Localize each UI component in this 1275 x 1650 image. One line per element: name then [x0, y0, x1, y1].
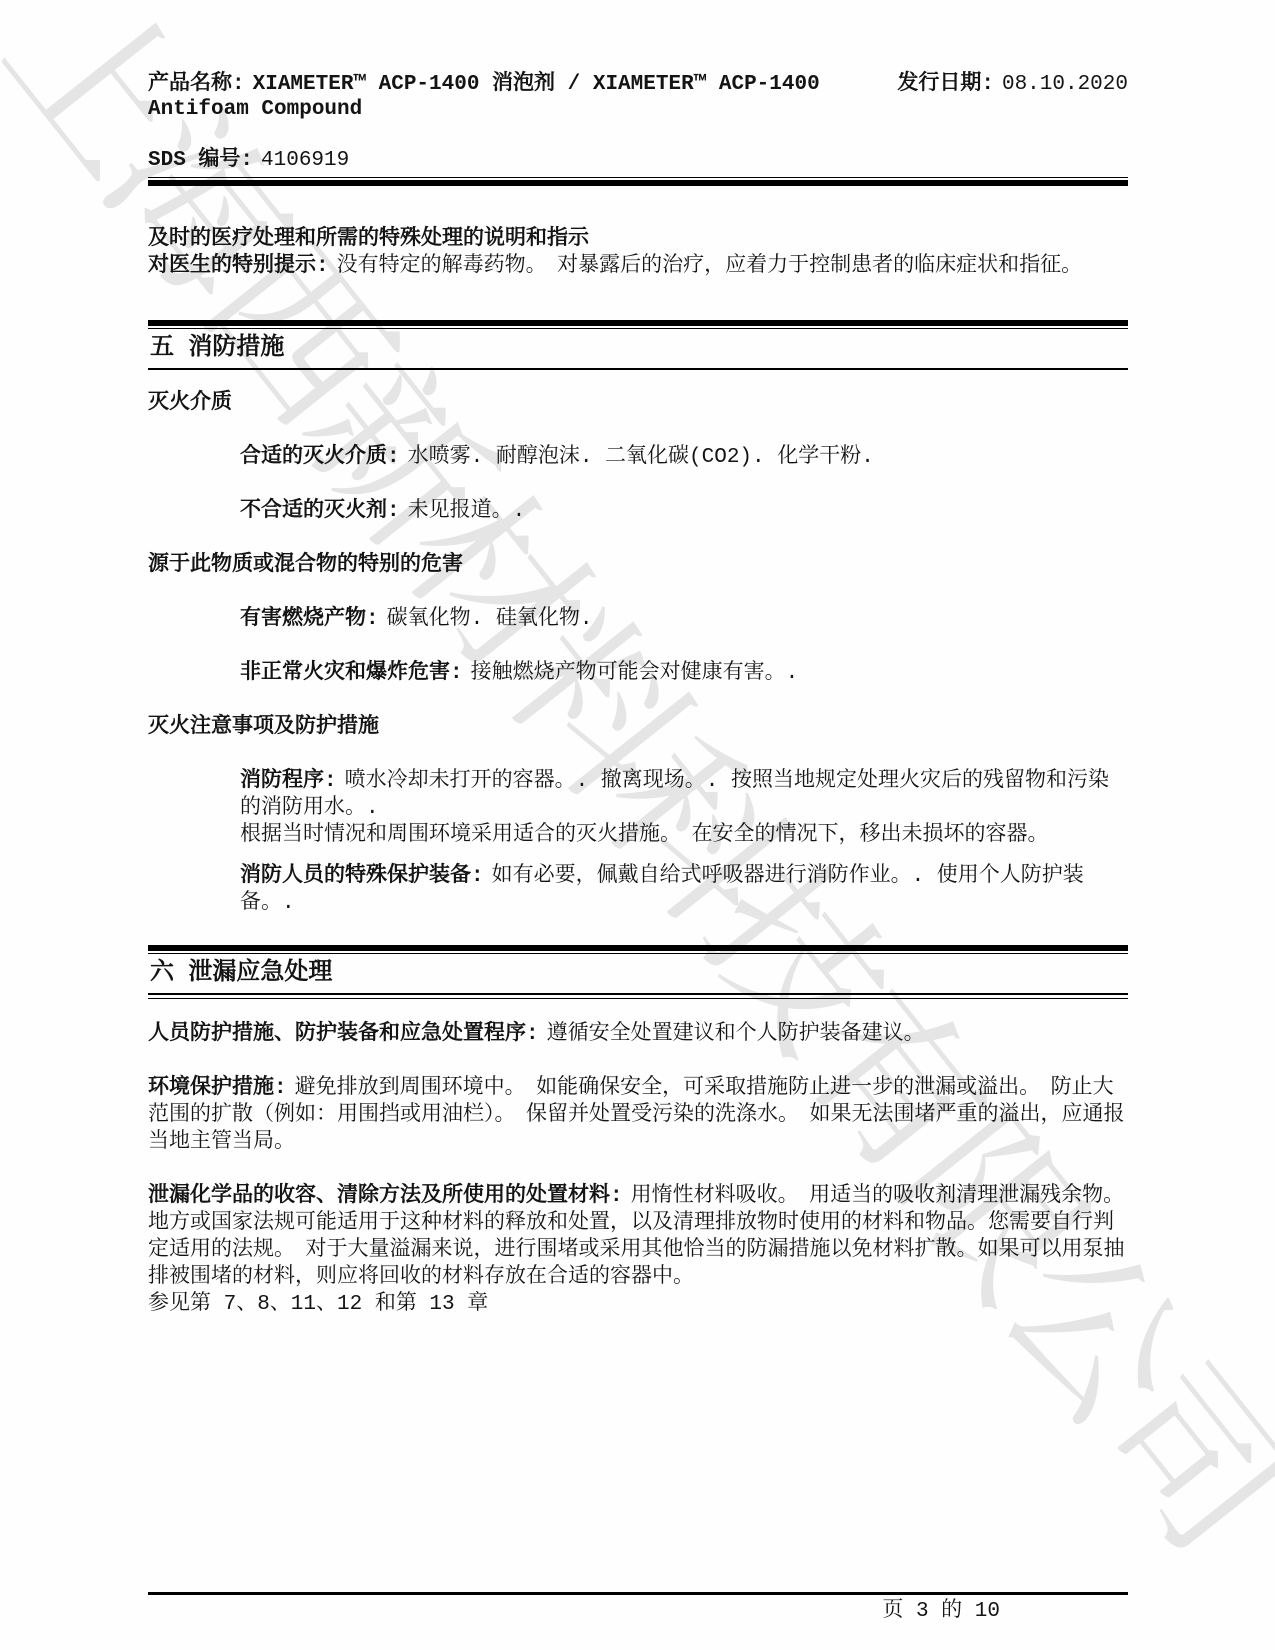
section-5-title: 五 消防措施 [148, 329, 1128, 368]
field-value: 避免排放到周围环境中。 如能确保安全，可采取措施防止进一步的泄漏或溢出。 防止大… [148, 1077, 1125, 1154]
field-personal-precautions: 人员防护措施、防护装备和应急处置程序:遵循安全处置建议和个人防护装备建议。 [148, 1021, 1128, 1048]
field-value: 遵循安全处置建议和个人防护装备建议。 [547, 1023, 925, 1046]
header-rule [148, 177, 1128, 186]
doctor-note-text: 没有特定的解毒药物。 对暴露后的治疗，应着力于控制患者的临床症状和指征。 [337, 255, 1083, 278]
issue-date-label: 发行日期: [897, 73, 994, 96]
product-name-value: XIAMETER™ ACP-1400 消泡剂 / XIAMETER™ ACP-1… [253, 73, 820, 96]
product-name-label: 产品名称: [148, 73, 245, 96]
horizontal-rule-thin [148, 177, 1128, 178]
sds-number-value: 4106919 [261, 149, 349, 172]
field-unusual-hazards: 非正常火灾和爆炸危害:接触燃烧产物可能会对健康有害。. [148, 660, 1128, 687]
header-row: 产品名称:XIAMETER™ ACP-1400 消泡剂 / XIAMETER™ … [148, 72, 1128, 122]
horizontal-rule [148, 993, 1128, 995]
medical-advice-heading: 及时的医疗处理和所需的特殊处理的说明和指示 [148, 226, 1128, 253]
field-environmental-precautions: 环境保护措施:避免排放到周围环境中。 如能确保安全，可采取措施防止进一步的泄漏或… [148, 1075, 1128, 1156]
page-number: 页 3 的 10 [148, 1598, 1128, 1625]
horizontal-rule-thick [148, 180, 1128, 186]
section-6-header: 六 泄漏应急处理 [148, 945, 1128, 999]
section-6-title: 六 泄漏应急处理 [148, 954, 1128, 993]
document-header: 产品名称:XIAMETER™ ACP-1400 消泡剂 / XIAMETER™ … [148, 72, 1128, 186]
field-value-line2: 根据当时情况和周围环境采用适合的灭火措施。 在安全的情况下，移出未损坏的容器。 [240, 822, 1128, 849]
field-suitable-media: 合适的灭火介质:水喷雾. 耐醇泡沫. 二氧化碳(CO2). 化学干粉. [148, 444, 1128, 471]
field-value: 碳氧化物. 硅氧化物. [387, 608, 593, 631]
issue-date-value: 08.10.2020 [1002, 73, 1128, 96]
field-label: 消防程序: [240, 770, 337, 793]
horizontal-rule-thick [148, 945, 1128, 951]
field-fire-procedures: 消防程序:喷水冷却未打开的容器。. 撤离现场。. 按照当地规定处理火灾后的残留物… [148, 768, 1128, 849]
field-value: 水喷雾. 耐醇泡沫. 二氧化碳(CO2). 化学干粉. [408, 446, 874, 469]
subheading-special-hazards: 源于此物质或混合物的特别的危害 [148, 552, 1128, 579]
field-label: 消防人员的特殊保护装备: [240, 865, 484, 888]
subheading-extinguishing-media: 灭火介质 [148, 390, 1128, 417]
field-label: 不合适的灭火剂: [240, 500, 400, 523]
doctor-note-label: 对医生的特别提示: [148, 255, 329, 278]
field-value: 未见报道。. [408, 500, 526, 523]
sds-number-block: SDS 编号:4106919 [148, 148, 1128, 173]
doctor-note-line: 对医生的特别提示:没有特定的解毒药物。 对暴露后的治疗，应着力于控制患者的临床症… [148, 253, 1128, 280]
product-name-line2: Antifoam Compound [148, 97, 820, 122]
page-footer: 页 3 的 10 [148, 1592, 1128, 1625]
field-label: 泄漏化学品的收容、清除方法及所使用的处置材料: [148, 1185, 623, 1208]
field-containment-cleanup: 泄漏化学品的收容、清除方法及所使用的处置材料:用惰性材料吸收。 用适当的吸收剂清… [148, 1183, 1128, 1318]
field-firefighter-equipment: 消防人员的特殊保护装备:如有必要，佩戴自给式呼吸器进行消防作业。. 使用个人防护… [148, 863, 1128, 917]
subheading-firefighting-precautions: 灭火注意事项及防护措施 [148, 714, 1128, 741]
footer-rule [148, 1592, 1128, 1595]
sds-document-page: 上海西新材料科技有限公司 产品名称:XIAMETER™ ACP-1400 消泡剂… [0, 0, 1275, 1650]
sds-number-label: SDS 编号: [148, 149, 253, 172]
field-combustion-products: 有害燃烧产物:碳氧化物. 硅氧化物. [148, 606, 1128, 633]
horizontal-rule-thin [148, 998, 1128, 999]
medical-advice-block: 及时的医疗处理和所需的特殊处理的说明和指示 对医生的特别提示:没有特定的解毒药物… [148, 226, 1128, 280]
page-content: 产品名称:XIAMETER™ ACP-1400 消泡剂 / XIAMETER™ … [0, 0, 1275, 1318]
horizontal-rule-thick [148, 320, 1128, 326]
section-5-header: 五 消防措施 [148, 320, 1128, 370]
field-label: 非正常火灾和爆炸危害: [240, 662, 463, 685]
field-label: 人员防护措施、防护装备和应急处置程序: [148, 1023, 539, 1046]
horizontal-rule [148, 368, 1128, 370]
product-name-block: 产品名称:XIAMETER™ ACP-1400 消泡剂 / XIAMETER™ … [148, 72, 820, 122]
field-label: 有害燃烧产物: [240, 608, 379, 631]
field-value: 喷水冷却未打开的容器。. 撤离现场。. 按照当地规定处理火灾后的残留物和污染的消… [240, 770, 1109, 820]
field-value: 接触燃烧产物可能会对健康有害。. [471, 662, 799, 685]
field-label: 合适的灭火介质: [240, 446, 400, 469]
field-unsuitable-media: 不合适的灭火剂:未见报道。. [148, 498, 1128, 525]
field-label: 环境保护措施: [148, 1077, 287, 1100]
section-reference-line: 参见第 7、8、11、12 和第 13 章 [148, 1291, 1128, 1318]
issue-date-block: 发行日期:08.10.2020 [897, 72, 1128, 122]
